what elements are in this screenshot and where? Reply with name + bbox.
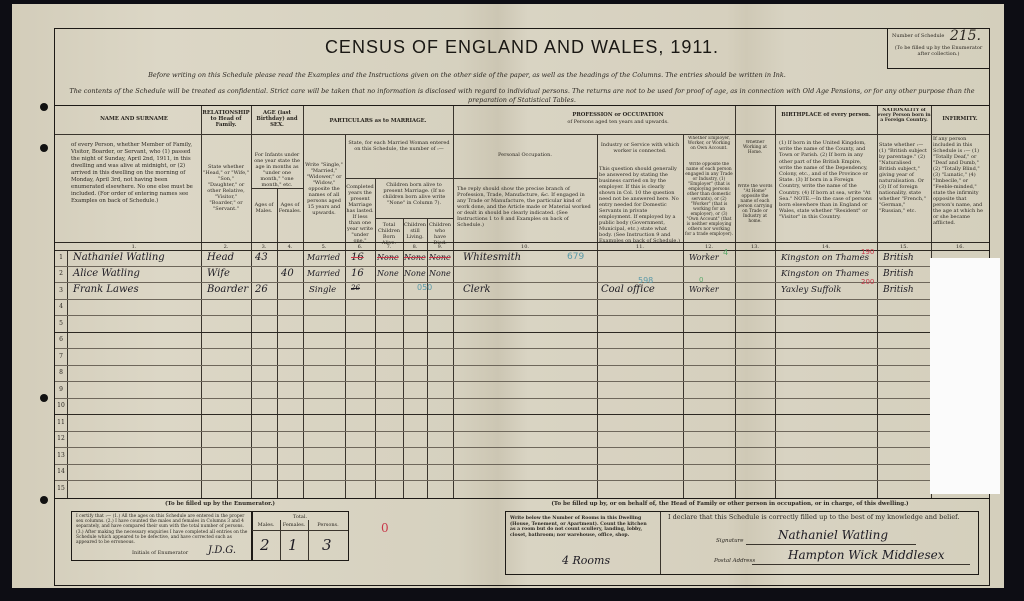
header-divider bbox=[345, 178, 453, 179]
header-name-desc: of every Person, whether Member of Famil… bbox=[71, 142, 197, 205]
col-divider bbox=[427, 218, 428, 498]
entry-birthplace-code: 200 bbox=[861, 278, 874, 286]
head-heading: (To be filled up by, or on behalf of, th… bbox=[495, 501, 965, 507]
initials-label: Initials of Enumerator bbox=[132, 550, 188, 556]
row-divider bbox=[55, 381, 989, 382]
persons-total: 3 bbox=[322, 536, 332, 554]
header-divider bbox=[375, 218, 453, 219]
row-divider bbox=[55, 447, 989, 448]
header-personal-occupation-desc: The reply should show the precise branch… bbox=[457, 186, 593, 228]
row-divider bbox=[55, 266, 989, 267]
entry-relationship: Wife bbox=[207, 268, 230, 279]
col-num: 7. bbox=[375, 244, 403, 250]
row-number: 5 bbox=[55, 320, 67, 327]
entry-children-living: None bbox=[404, 253, 426, 262]
rooms-value: 4 Rooms bbox=[562, 554, 610, 567]
entry-industry: Coal office bbox=[601, 284, 655, 295]
males-label: Males. bbox=[252, 522, 280, 528]
header-infirmity-desc: If any person included in this Schedule … bbox=[933, 136, 987, 226]
col-num: 9. bbox=[427, 244, 453, 250]
entry-birthplace: Kingston on Thames bbox=[781, 269, 869, 279]
totals-box: Total. Males. Females. Persons. 2 1 3 bbox=[251, 511, 349, 561]
header-divider bbox=[55, 242, 989, 243]
punch-hole bbox=[40, 394, 48, 402]
header-divider bbox=[55, 250, 989, 251]
row-divider bbox=[55, 315, 989, 316]
header-age: AGE (last Birthday) and SEX. bbox=[251, 110, 303, 128]
declaration-text: I declare that this Schedule is correctl… bbox=[668, 514, 959, 520]
entry-relationship: Boarder bbox=[207, 284, 248, 295]
row-number: 13 bbox=[55, 452, 67, 459]
header-nationality: NATIONALITY of every Person born in a Fo… bbox=[877, 108, 931, 124]
col-num: 15. bbox=[877, 244, 931, 250]
entry-age-male: 26 bbox=[255, 284, 268, 295]
entry-marital: Single bbox=[309, 285, 336, 295]
row-divider bbox=[55, 332, 989, 333]
instruction-line: Before writing on this Schedule please r… bbox=[55, 71, 879, 79]
signature-value: Nathaniel Watling bbox=[778, 528, 888, 542]
row-number: 8 bbox=[55, 369, 67, 376]
entry-years-married: 26 bbox=[351, 284, 360, 292]
row-divider bbox=[55, 348, 989, 349]
entry-years-married: 16 bbox=[351, 268, 364, 279]
persons-label: Persons. bbox=[308, 522, 348, 528]
divider bbox=[660, 512, 661, 574]
header-employment: Whether Employer, Worker, or Working on … bbox=[685, 136, 733, 151]
entry-children-died: None bbox=[429, 253, 451, 262]
entry-name: Frank Lawes bbox=[73, 284, 139, 295]
address-value: Hampton Wick Middlesex bbox=[788, 548, 945, 562]
schedule-number-value: 215. bbox=[950, 28, 981, 44]
entry-children-died: None bbox=[429, 269, 451, 278]
entry-total-children: None bbox=[377, 269, 399, 278]
header-personal-occupation: Personal Occupation. bbox=[455, 152, 595, 158]
males-total: 2 bbox=[260, 536, 270, 554]
header-employment-desc: Write opposite the name of each person e… bbox=[685, 162, 733, 237]
col-num: 6. bbox=[345, 244, 375, 250]
schedule-number-label: Number of Schedule bbox=[892, 33, 944, 39]
row-divider bbox=[55, 299, 989, 300]
schedule-number-note: (To be filled up by the Enumerator after… bbox=[892, 45, 985, 57]
red-check-mark: 0 bbox=[381, 521, 389, 535]
row-divider bbox=[55, 464, 989, 465]
entry-employment: Worker bbox=[689, 253, 719, 262]
entry-name: Nathaniel Watling bbox=[73, 252, 165, 263]
col-num: 10. bbox=[453, 244, 597, 250]
rooms-instruction: Write below the Number of Rooms in this … bbox=[510, 516, 650, 538]
punch-hole bbox=[40, 496, 48, 504]
entry-employment-code: 4 bbox=[723, 248, 728, 257]
header-relationship: RELATIONSHIP to Head of Family. bbox=[201, 110, 251, 128]
entry-nationality: British bbox=[883, 285, 914, 295]
row-divider bbox=[55, 365, 989, 366]
col-divider bbox=[683, 134, 684, 498]
enumerator-certificate: I certify that :— (1.) All the ages on t… bbox=[71, 511, 253, 561]
header-marriage: PARTICULARS as to MARRIAGE. bbox=[303, 118, 453, 124]
entry-occupation: Clerk bbox=[463, 284, 491, 295]
entry-occupation-code: 050 bbox=[417, 283, 432, 292]
header-divider bbox=[251, 188, 303, 189]
col-num: 5. bbox=[303, 244, 345, 250]
footer-section: (To be filled up by the Enumerator.) I c… bbox=[55, 499, 989, 585]
divider bbox=[308, 520, 309, 560]
header-birthplace: BIRTHPLACE of every person. bbox=[775, 112, 877, 118]
header-marital-condition: Write "Single," "Married," "Widower," or… bbox=[305, 162, 343, 216]
col-divider bbox=[877, 106, 878, 498]
col-divider bbox=[277, 188, 278, 498]
entry-birthplace-code: 190 bbox=[861, 248, 874, 256]
document-title: CENSUS OF ENGLAND AND WALES, 1911. bbox=[55, 37, 989, 58]
certificate-text: I certify that :— (1.) All the ages on t… bbox=[76, 514, 248, 545]
enumerator-heading: (To be filled up by the Enumerator.) bbox=[75, 501, 365, 507]
schedule-frame: CENSUS OF ENGLAND AND WALES, 1911. Numbe… bbox=[54, 28, 990, 586]
header-age-desc: For Infants under one year state the age… bbox=[253, 152, 301, 188]
header-name: NAME AND SURNAME bbox=[67, 116, 201, 122]
row-divider bbox=[55, 414, 989, 415]
header-married-woman: State, for each Married Woman entered on… bbox=[347, 140, 451, 152]
schedule-number-box: Number of Schedule 215. (To be filled up… bbox=[887, 29, 989, 69]
entry-years-married: 16 bbox=[351, 252, 364, 263]
census-table: NAME AND SURNAME of every Person, whethe… bbox=[55, 105, 989, 499]
entry-children-living: None bbox=[404, 269, 426, 278]
entry-employment-code: 0 bbox=[699, 276, 703, 284]
header-divider bbox=[453, 178, 597, 179]
row-number: 2 bbox=[55, 270, 67, 277]
col-num: 3. bbox=[251, 244, 277, 250]
header-children-died: Children who have Died. bbox=[428, 222, 452, 246]
col-divider bbox=[775, 106, 776, 498]
col-num: 16. bbox=[931, 244, 989, 250]
entry-relationship: Head bbox=[207, 252, 234, 263]
row-number: 15 bbox=[55, 485, 67, 492]
entry-total-children: None bbox=[377, 253, 399, 262]
entry-birthplace: Yaxley Suffolk bbox=[781, 285, 841, 295]
entry-marital: Married bbox=[307, 269, 340, 278]
header-age-males: Ages of Males. bbox=[251, 202, 277, 214]
entry-occupation: Whitesmith bbox=[463, 252, 521, 263]
entry-employment: Worker bbox=[689, 285, 719, 294]
header-industry: Industry or Service with which worker is… bbox=[599, 142, 681, 154]
females-label: Females. bbox=[280, 522, 308, 528]
initials-value: J.D.G. bbox=[208, 545, 236, 556]
confidential-line: The contents of the Schedule will be tre… bbox=[63, 87, 981, 105]
row-divider bbox=[55, 431, 989, 432]
col-divider bbox=[251, 106, 252, 498]
header-total-children: Total Children Born Alive. bbox=[376, 222, 402, 246]
entry-occupation-code: 679 bbox=[567, 252, 584, 262]
header-profession: PROFESSION or OCCUPATION bbox=[453, 112, 783, 118]
col-divider bbox=[735, 106, 736, 498]
col-num: 11. bbox=[597, 244, 683, 250]
entry-age-male: 43 bbox=[255, 252, 268, 263]
signature-line bbox=[746, 544, 916, 545]
census-schedule-page: CENSUS OF ENGLAND AND WALES, 1911. Numbe… bbox=[12, 4, 1004, 588]
entry-birthplace: Kingston on Thames bbox=[781, 253, 869, 263]
punch-hole bbox=[40, 144, 48, 152]
header-infirmity: INFIRMITY. bbox=[931, 116, 989, 122]
header-years-married: Completed years the present Marriage has… bbox=[346, 184, 374, 244]
row-number: 11 bbox=[55, 419, 67, 426]
row-number: 4 bbox=[55, 303, 67, 310]
row-divider bbox=[55, 398, 989, 399]
row-number: 9 bbox=[55, 386, 67, 393]
col-num: 13. bbox=[735, 244, 775, 250]
header-children-living: Children still Living. bbox=[404, 222, 426, 240]
header-industry-desc: This question should generally be answer… bbox=[599, 166, 681, 244]
header-at-home-desc: Write the words "At Home" opposite the n… bbox=[737, 184, 773, 224]
signature-label: Signature bbox=[716, 538, 744, 544]
col-divider bbox=[597, 134, 598, 498]
total-label: Total. bbox=[252, 514, 348, 520]
header-birthplace-desc: (1) If born in the United Kingdom, write… bbox=[779, 140, 875, 221]
col-divider bbox=[303, 106, 304, 498]
row-number: 7 bbox=[55, 353, 67, 360]
females-total: 1 bbox=[288, 536, 298, 554]
entry-nationality: British bbox=[883, 253, 914, 263]
header-profession-sub: of Persons aged ten years and upwards. bbox=[453, 119, 783, 125]
entry-industry-code: 598 bbox=[638, 276, 653, 285]
entry-name: Alice Watling bbox=[73, 268, 140, 279]
divider bbox=[252, 530, 348, 531]
col-divider bbox=[67, 250, 68, 498]
col-num: 4. bbox=[277, 244, 303, 250]
row-number: 6 bbox=[55, 336, 67, 343]
header-relationship-desc: State whether "Head," or "Wife," "Son," … bbox=[203, 164, 249, 212]
row-divider bbox=[55, 480, 989, 481]
row-number: 14 bbox=[55, 468, 67, 475]
row-number: 1 bbox=[55, 254, 67, 261]
blank-redacted-area bbox=[930, 258, 1000, 494]
header-at-home: Whether Working at Home. bbox=[737, 140, 773, 155]
header-age-females: Ages of Females. bbox=[277, 202, 303, 214]
header-children: Children born alive to present Marriage.… bbox=[377, 182, 451, 206]
row-number: 3 bbox=[55, 287, 67, 294]
col-divider bbox=[453, 106, 454, 498]
punch-hole bbox=[40, 103, 48, 111]
header-divider bbox=[303, 134, 453, 135]
head-declaration-box: Write below the Number of Rooms in this … bbox=[505, 511, 979, 575]
header-nationality-desc: State whether :— (1) "British subject by… bbox=[879, 142, 929, 214]
col-num: 2. bbox=[201, 244, 251, 250]
address-line bbox=[752, 564, 970, 565]
divider bbox=[280, 520, 281, 560]
entry-age-female: 40 bbox=[281, 268, 294, 279]
header-divider bbox=[55, 134, 989, 135]
row-number: 12 bbox=[55, 435, 67, 442]
col-num: 1. bbox=[67, 244, 201, 250]
entry-marital: Married bbox=[307, 253, 340, 262]
address-label: Postal Address bbox=[714, 558, 755, 564]
row-divider bbox=[55, 282, 989, 283]
col-divider bbox=[201, 106, 202, 498]
col-num: 8. bbox=[403, 244, 427, 250]
row-number: 10 bbox=[55, 402, 67, 409]
entry-nationality: British bbox=[883, 269, 914, 279]
